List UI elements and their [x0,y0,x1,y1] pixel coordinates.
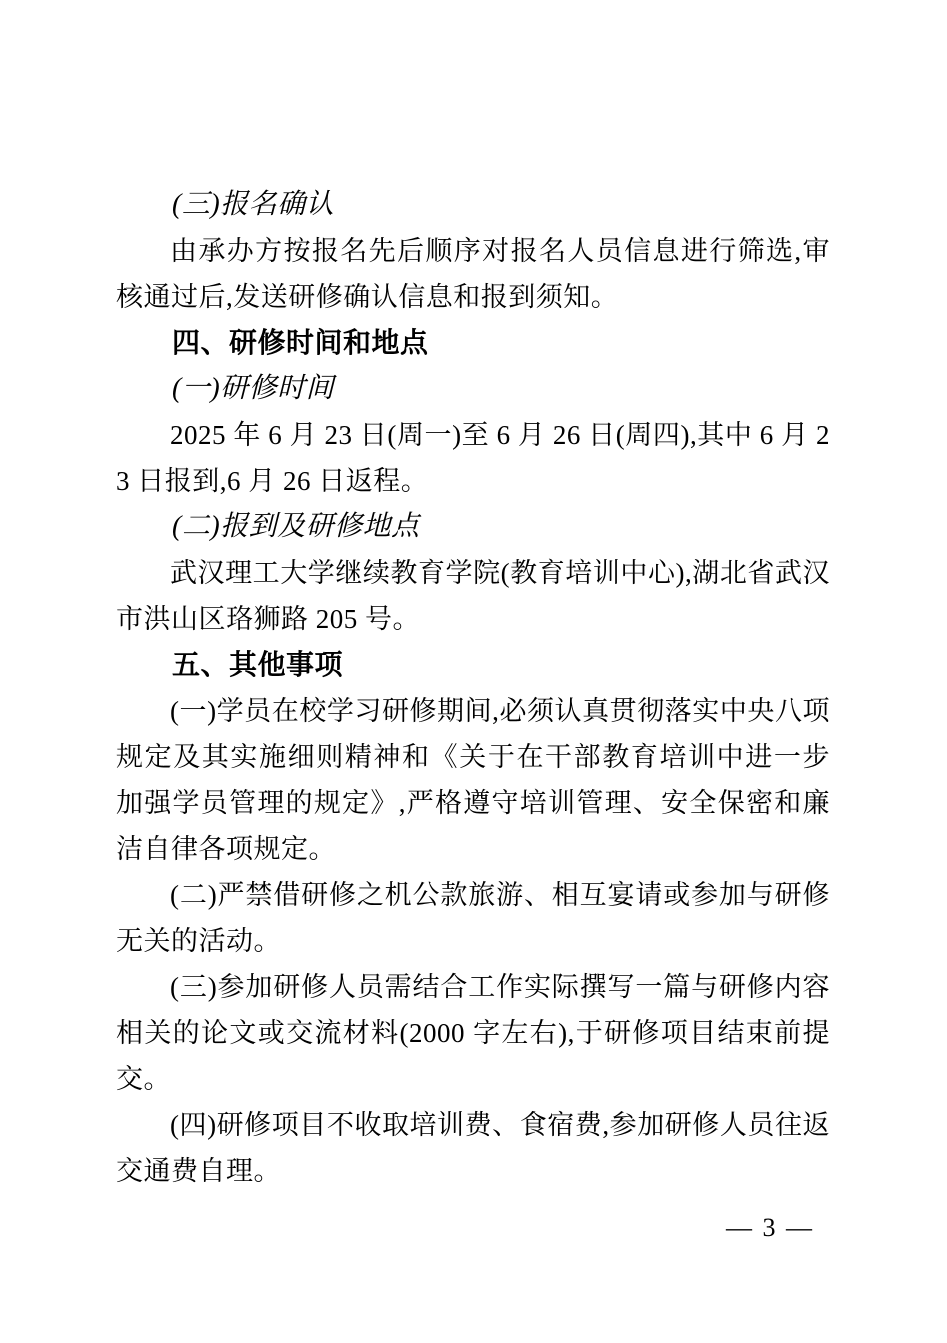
paragraph: 由承办方按报名先后顺序对报名人员信息进行筛选,审核通过后,发送研修确认信息和报到… [116,228,830,320]
page-number: — 3 — [726,1208,814,1248]
paragraph: 武汉理工大学继续教育学院(教育培训中心),湖北省武汉市洪山区珞狮路 205 号。 [116,550,830,642]
document-page: (三)报名确认由承办方按报名先后顺序对报名人员信息进行筛选,审核通过后,发送研修… [0,0,947,1343]
section-heading: (一)研修时间 [116,366,830,412]
section-heading: 五、其他事项 [116,642,830,688]
section-heading: (三)报名确认 [116,182,830,228]
paragraph: (三)参加研修人员需结合工作实际撰写一篇与研修内容相关的论文或交流材料(2000… [116,964,830,1102]
section-heading: 四、研修时间和地点 [116,320,830,366]
document-body: (三)报名确认由承办方按报名先后顺序对报名人员信息进行筛选,审核通过后,发送研修… [116,182,830,1194]
paragraph: (一)学员在校学习研修期间,必须认真贯彻落实中央八项规定及其实施细则精神和《关于… [116,688,830,872]
paragraph: (四)研修项目不收取培训费、食宿费,参加研修人员往返交通费自理。 [116,1102,830,1194]
paragraph: 2025 年 6 月 23 日(周一)至 6 月 26 日(周四),其中 6 月… [116,412,830,504]
section-heading: (二)报到及研修地点 [116,504,830,550]
paragraph: (二)严禁借研修之机公款旅游、相互宴请或参加与研修无关的活动。 [116,872,830,964]
